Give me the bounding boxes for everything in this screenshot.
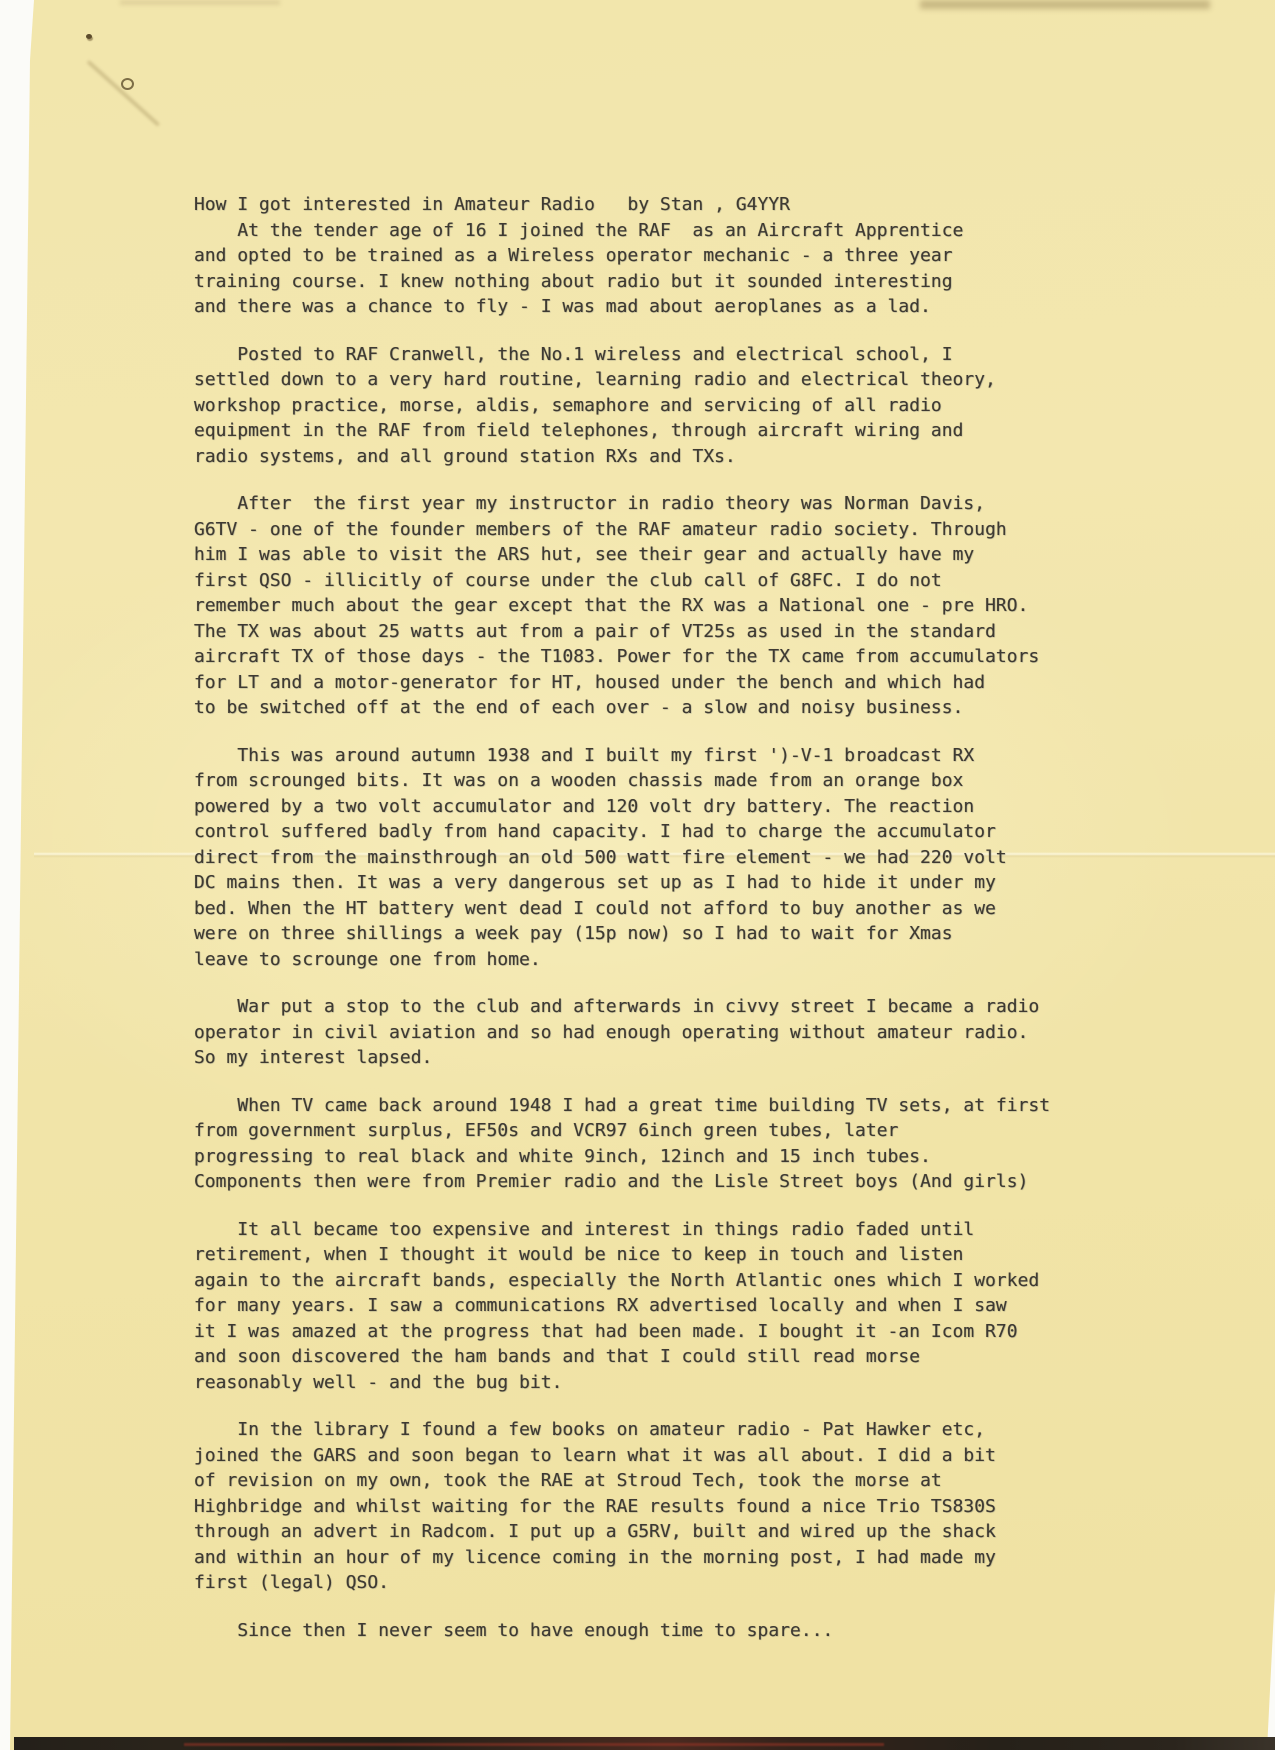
paragraph-retirement-icom-r70: It all became too expensive and interest… [194, 1217, 1104, 1396]
staple-hole-ring [121, 78, 134, 90]
paragraph-first-qso: After the first year my instructor in ra… [194, 491, 1104, 721]
scanned-page: How I got interested in Amateur Radio by… [0, 0, 1275, 1750]
paper-sheet: How I got interested in Amateur Radio by… [0, 0, 1275, 1750]
paragraph-tv-sets-1948: When TV came back around 1948 I had a gr… [194, 1093, 1104, 1195]
paper-edge-smudge-left [120, 0, 280, 5]
scanner-edge-band [14, 1737, 1275, 1750]
paragraph-war-interest-lapsed: War put a stop to the club and afterward… [194, 994, 1104, 1071]
paragraph-cranwell-training: Posted to RAF Cranwell, the No.1 wireles… [194, 342, 1104, 470]
paragraph-closing-line: Since then I never seem to have enough t… [194, 1618, 1104, 1644]
document-title: How I got interested in Amateur Radio by… [194, 192, 1104, 218]
typed-text-block: How I got interested in Amateur Radio by… [194, 192, 1104, 1643]
paper-edge-smudge [920, 0, 1210, 9]
paragraph-first-broadcast-rx: This was around autumn 1938 and I built … [194, 743, 1104, 973]
paragraph-library-rae-licence: In the library I found a few books on am… [194, 1417, 1104, 1596]
scanner-edge-red-line [184, 1743, 884, 1746]
staple-hole-speck [86, 34, 92, 39]
paragraph-raf-joining: At the tender age of 16 I joined the RAF… [194, 218, 1104, 320]
staple-crease-mark [87, 60, 160, 126]
